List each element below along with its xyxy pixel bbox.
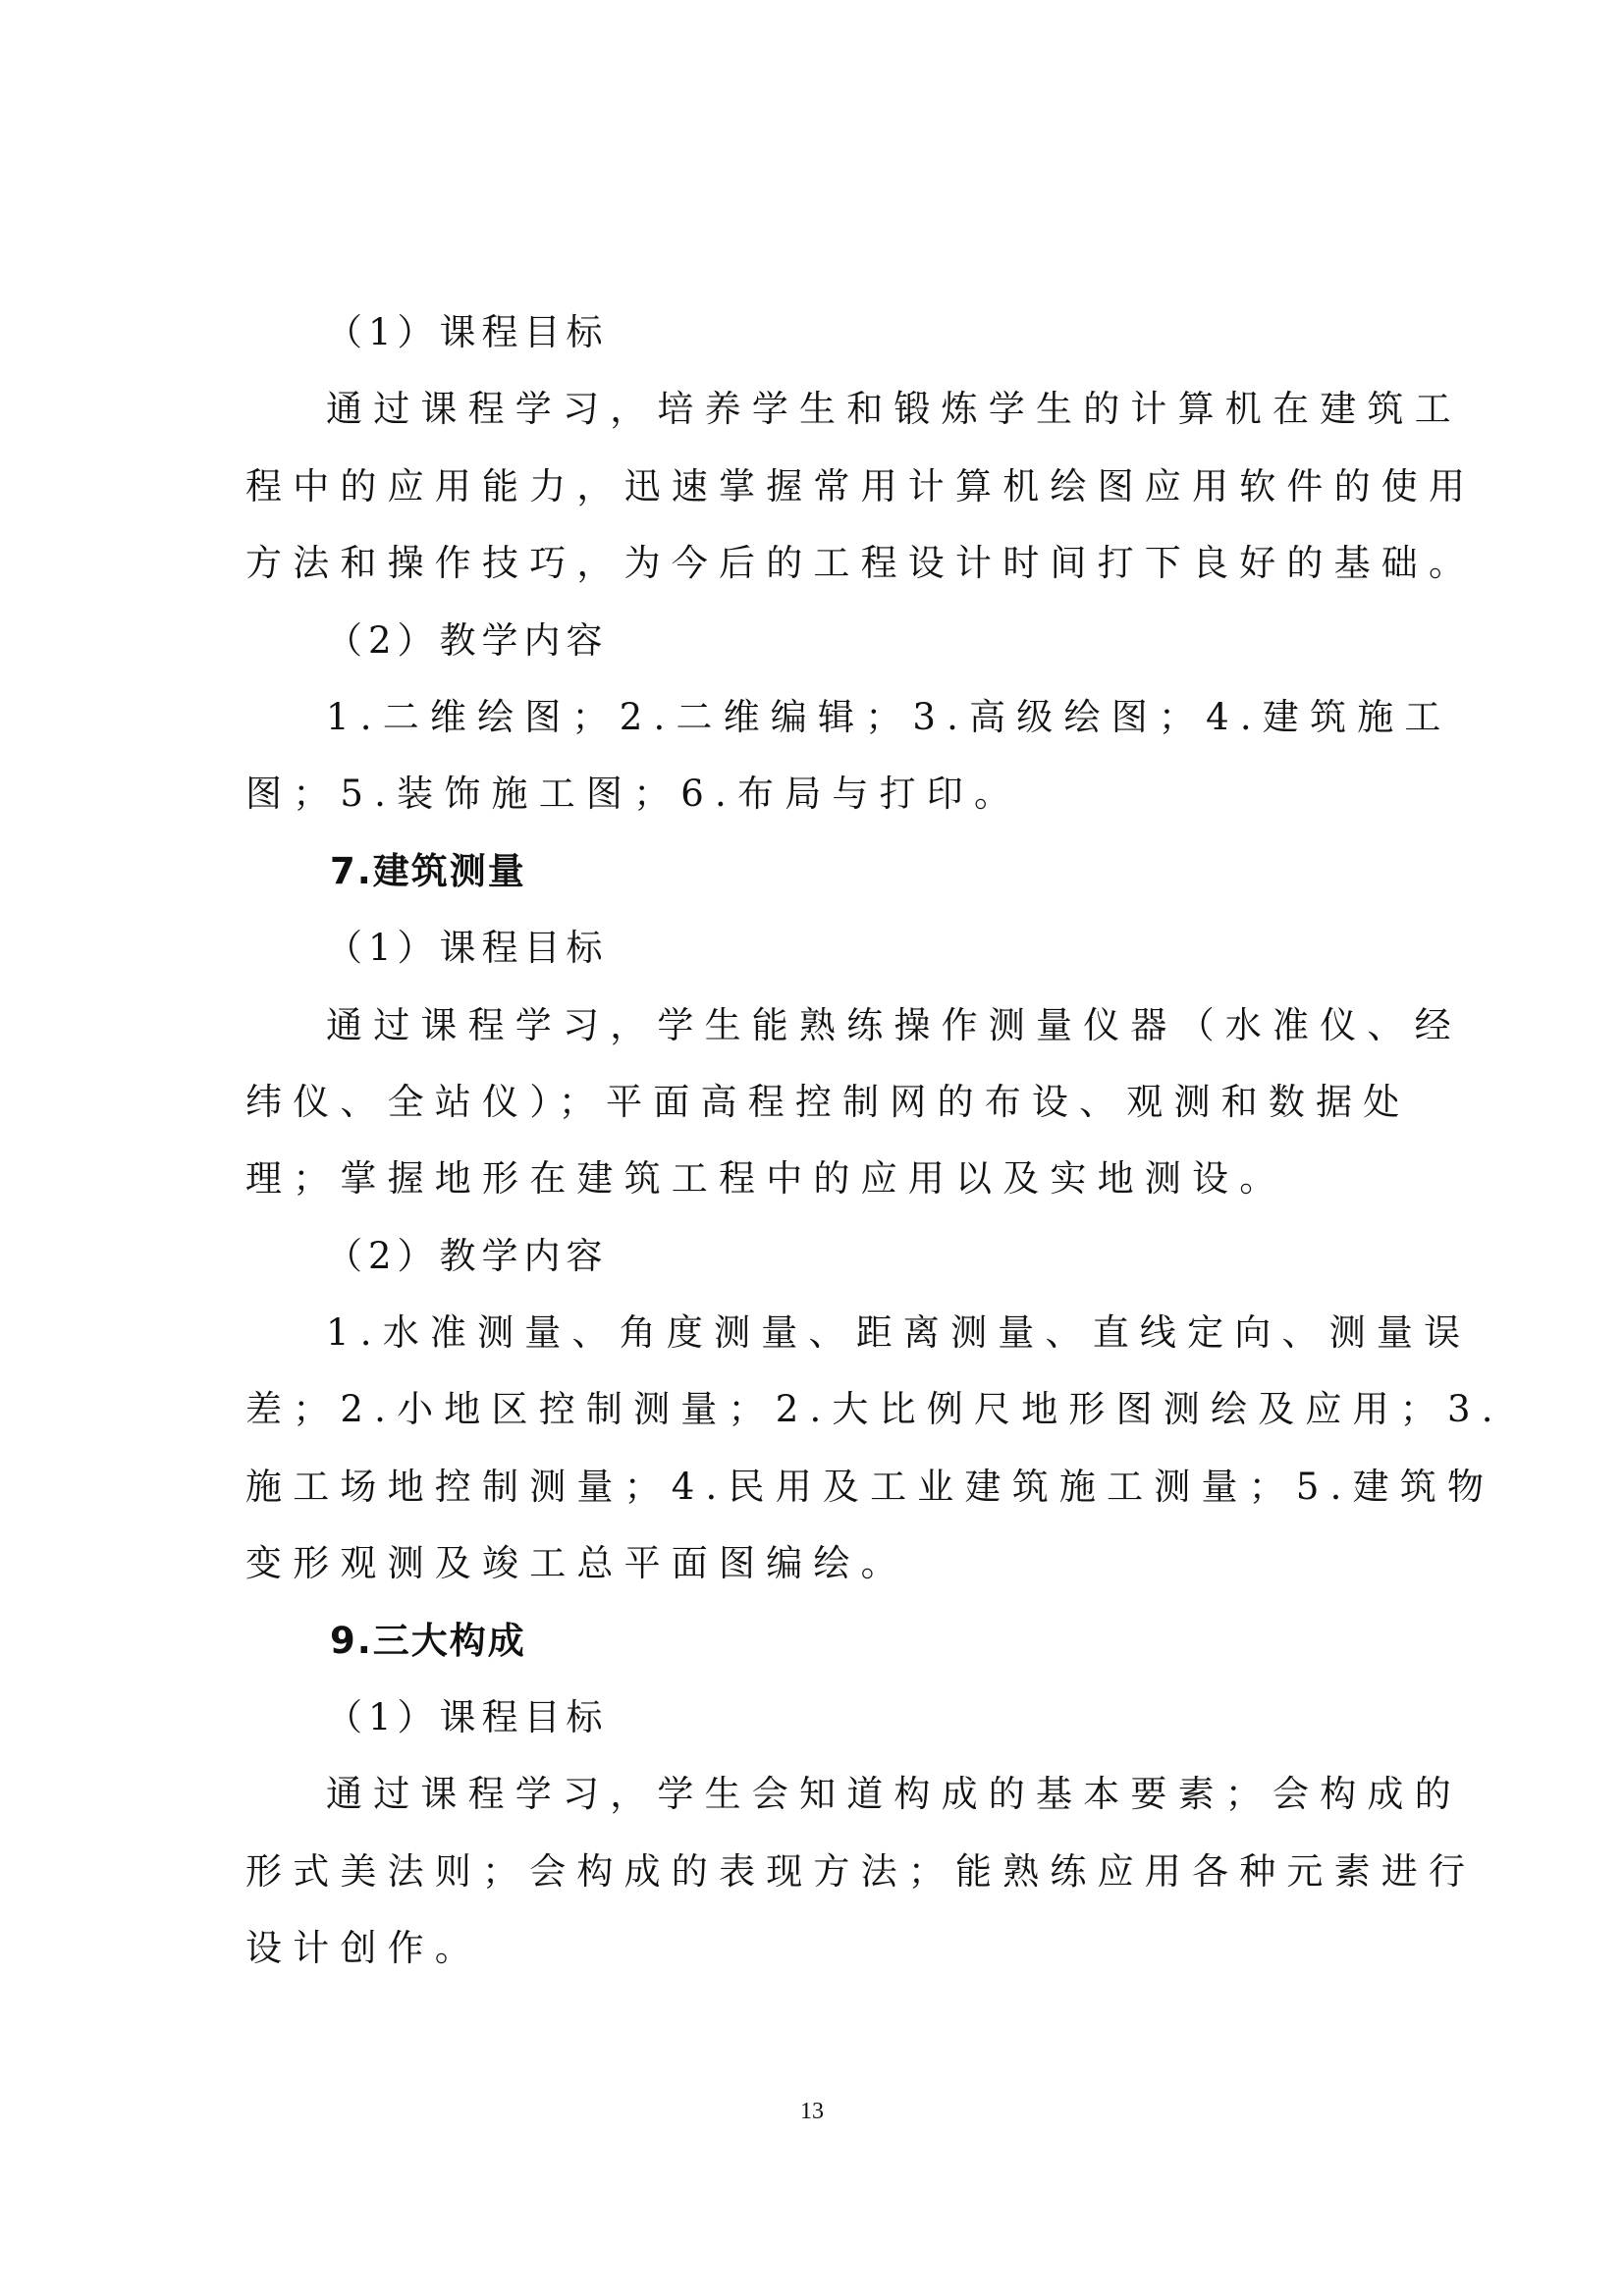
subheading-course-goal: （1）课程目标	[245, 1680, 1394, 1756]
document-page: （1）课程目标 通过课程学习，培养学生和锻炼学生的计算机在建筑工 程中的应用能力…	[0, 0, 1624, 2296]
paragraph-line: 通过课程学习，培养学生和锻炼学生的计算机在建筑工	[245, 371, 1394, 448]
subheading-teaching-content: （2）教学内容	[245, 603, 1394, 679]
page-number: 13	[0, 2099, 1624, 2125]
paragraph-line: 通过课程学习，学生能熟练操作测量仪器（水准仪、经	[245, 988, 1394, 1064]
paragraph-line: 纬仪、全站仪）；平面高程控制网的布设、观测和数据处	[245, 1064, 1394, 1141]
paragraph-line: 理；掌握地形在建筑工程中的应用以及实地测设。	[245, 1141, 1394, 1217]
paragraph-line: 通过课程学习，学生会知道构成的基本要素；会构成的	[245, 1756, 1394, 1833]
paragraph-line: 设计创作。	[245, 1910, 1394, 1987]
section-heading-three-compositions: 9.三大构成	[245, 1603, 1394, 1680]
subheading-course-goal: （1）课程目标	[245, 294, 1394, 371]
paragraph-line: 程中的应用能力，迅速掌握常用计算机绘图应用软件的使用	[245, 449, 1394, 525]
paragraph-line: 1.二维绘图；2.二维编辑；3.高级绘图；4.建筑施工	[245, 679, 1394, 756]
subheading-course-goal: （1）课程目标	[245, 910, 1394, 987]
subheading-teaching-content: （2）教学内容	[245, 1218, 1394, 1295]
paragraph-line: 图；5.装饰施工图；6.布局与打印。	[245, 756, 1394, 832]
paragraph-line: 1.水准测量、角度测量、距离测量、直线定向、测量误	[245, 1295, 1394, 1371]
paragraph-line: 差；2.小地区控制测量；2.大比例尺地形图测绘及应用；3.	[245, 1371, 1394, 1448]
page-body: （1）课程目标 通过课程学习，培养学生和锻炼学生的计算机在建筑工 程中的应用能力…	[245, 294, 1394, 1988]
section-heading-building-survey: 7.建筑测量	[245, 833, 1394, 910]
paragraph-line: 变形观测及竣工总平面图编绘。	[245, 1525, 1394, 1602]
paragraph-line: 形式美法则；会构成的表现方法；能熟练应用各种元素进行	[245, 1834, 1394, 1910]
paragraph-line: 方法和操作技巧，为今后的工程设计时间打下良好的基础。	[245, 525, 1394, 602]
paragraph-line: 施工场地控制测量；4.民用及工业建筑施工测量；5.建筑物	[245, 1449, 1394, 1525]
